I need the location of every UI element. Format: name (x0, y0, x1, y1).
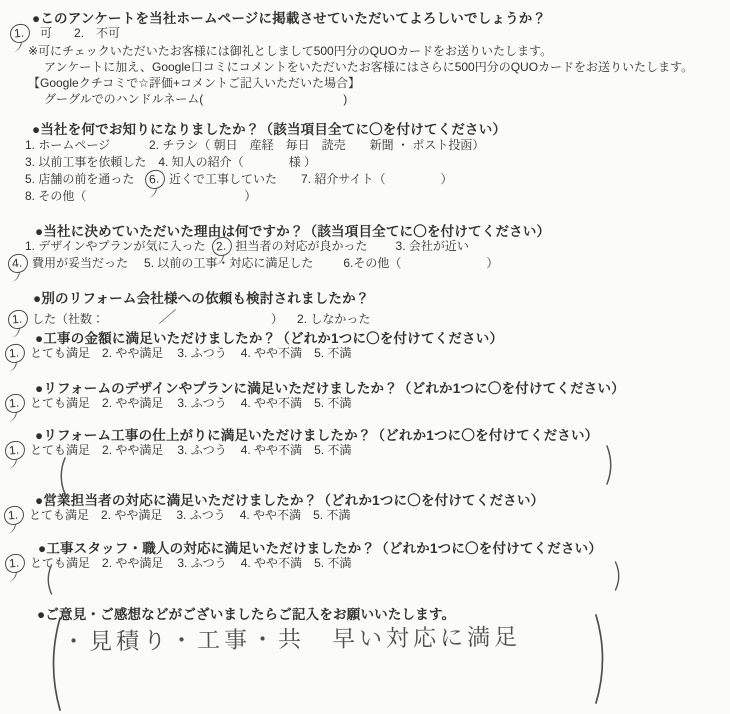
q4-option-1-number: 1. (11, 312, 22, 327)
q2-option-8-close-paren: ） (244, 187, 256, 204)
q2-option-7-close-paren: ） (441, 170, 453, 187)
q2-option-3: 3. 以前工事を依頼した (25, 153, 146, 170)
q9-option-3: 3. ふつう (177, 554, 226, 571)
q7-option-1-number: 1. (8, 443, 19, 458)
q2-option-8: 8. その他（ (25, 187, 86, 204)
q1-circle-mark: 1. (9, 23, 31, 44)
q3-option-3: 3. 会社が近い (396, 237, 469, 254)
q2-option-6: 近くで工事していた (169, 170, 277, 187)
q3-option-4: 費用が妥当だった (32, 254, 128, 271)
q9-option-1: とても満足 (30, 554, 90, 571)
q1-choice2-label: 2. 不可 (74, 24, 120, 41)
q8-option-4: 4. やや不満 (240, 506, 301, 523)
q3-option-1: 1. デザインやプランが気に入った (25, 237, 206, 254)
q1-choices-row: 1.可2. 不可 (10, 24, 120, 43)
q6-circle-mark: 1. (4, 393, 26, 414)
q2-option-6-number: 6. (148, 172, 159, 187)
q2-option-1: 1. ホームページ (25, 136, 137, 153)
q1-handle-row: グーグルでのハンドルネーム() (44, 90, 347, 107)
q9-option-2: 2. やや満足 (102, 554, 163, 571)
q9-open-paren-mark (42, 564, 53, 595)
q5-option-1: とても満足 (30, 344, 90, 361)
survey-sheet: ●このアンケートを当社ホームページに掲載させていただいてよろしいでしょうか？ 1… (0, 0, 730, 714)
q3-row-2: 4.費用が妥当だった5. 以前の工事・対応に満足した6.その他（） (8, 254, 498, 273)
q3-option-6-close-paren: ） (486, 254, 498, 271)
q3-option-2: 担当者の対応が良かった (236, 237, 368, 254)
q1-choice1-number: 1. (13, 26, 24, 41)
q4-option-1: した（社数： (32, 310, 104, 327)
q1-handle-close-paren: ) (343, 92, 347, 106)
q8-option-5: 5. 不満 (313, 506, 350, 523)
q5-options-row: 1.とても満足2. やや満足3. ふつう4. やや不満5. 不満 (5, 344, 351, 363)
q1-note-case: 【Googleクチコミで☆評価+コメントご記入いただいた場合】 (28, 74, 360, 91)
q10-open-paren-mark (45, 616, 62, 712)
q4-row: 1.した（社数：／）2. しなかった (8, 303, 370, 329)
q3-option-5: 5. 以前の工事・対応に満足した (144, 254, 313, 271)
q1-note-quo: ※可にチェックいただいたお客様には御礼としまして500円分のQUOカードをお送り… (28, 42, 552, 59)
q7-circle-mark: 1. (4, 440, 26, 461)
q7-option-4: 4. やや不満 (241, 441, 302, 458)
q2-option-2: 2. チラシ（ 朝日 産経 毎日 読売 新聞 ・ ポスト投函） (149, 136, 484, 153)
q2-row-1: 1. ホームページ2. チラシ（ 朝日 産経 毎日 読売 新聞 ・ ポスト投函） (25, 136, 484, 153)
q1-note-google: アンケートに加え、Google口コミにコメントをいただいたお客様にはさらに500… (44, 58, 693, 75)
q6-options-row: 1.とても満足2. やや満足3. ふつう4. やや不満5. 不満 (5, 394, 351, 413)
q6-option-1: とても満足 (30, 394, 90, 411)
q4-handwritten-company-count: ／ (158, 302, 177, 328)
q4-option-2: 2. しなかった (297, 310, 370, 327)
q2-row-4: 8. その他（） (25, 187, 256, 204)
q9-option-4: 4. やや不満 (241, 554, 302, 571)
q9-circle-mark: 1. (4, 553, 26, 574)
q7-close-paren-mark (605, 445, 617, 485)
q1-handle-label: グーグルでのハンドルネーム( (44, 90, 203, 107)
q3-option-6: 6.その他（ (343, 254, 401, 271)
q10-close-paren-mark (594, 613, 611, 705)
q6-option-5: 5. 不満 (314, 394, 351, 411)
q2-option-7: 7. 紹介サイト（ (301, 170, 386, 187)
q8-option-2: 2. やや満足 (101, 506, 162, 523)
q5-option-2: 2. やや満足 (102, 344, 163, 361)
q5-circle-mark: 1. (4, 343, 26, 364)
q2-row-2: 3. 以前工事を依頼した4. 知人の紹介（様 ） (25, 153, 316, 170)
q3-circle-mark-4: 4. (7, 253, 29, 274)
q5-option-5: 5. 不満 (314, 344, 351, 361)
q9-close-paren-mark (614, 561, 625, 591)
q3-option-2-number: 2. (215, 239, 226, 254)
q9-option-5: 5. 不満 (314, 554, 351, 571)
q9-options-row: 1.とても満足2. やや満足3. ふつう4. やや不満5. 不満 (5, 554, 351, 573)
q9-option-1-number: 1. (8, 556, 19, 571)
q10-handwritten-comment: ・見積り・工事・共 早い対応に満足 (62, 619, 521, 657)
q6-option-1-number: 1. (8, 396, 19, 411)
q8-option-1: とても満足 (29, 506, 89, 523)
q7-option-2: 2. やや満足 (102, 441, 163, 458)
q2-option-4-suffix: 様 ） (289, 153, 316, 170)
q6-option-2: 2. やや満足 (102, 394, 163, 411)
q8-option-3: 3. ふつう (176, 506, 225, 523)
q4-option-1-close-paren: ） (271, 310, 283, 327)
q8-options-row: 1.とても満足2. やや満足3. ふつう4. やや不満5. 不満 (4, 506, 350, 525)
q7-option-5: 5. 不満 (314, 441, 351, 458)
q1-choice1-label: 可 (40, 24, 52, 41)
q5-option-4: 4. やや不満 (241, 344, 302, 361)
q6-option-3: 3. ふつう (177, 394, 226, 411)
q2-option-5: 5. 店舗の前を通った (25, 170, 137, 187)
q5-option-1-number: 1. (8, 346, 19, 361)
q5-option-3: 3. ふつう (177, 344, 226, 361)
q2-option-4: 4. 知人の紹介（ (158, 153, 243, 170)
q7-option-3: 3. ふつう (177, 441, 226, 458)
q3-option-4-number: 4. (11, 256, 22, 271)
q7-option-1: とても満足 (30, 441, 90, 458)
q8-option-1-number: 1. (7, 508, 18, 523)
q8-circle-mark: 1. (3, 505, 25, 526)
q4-circle-mark: 1. (7, 309, 29, 330)
q6-option-4: 4. やや不満 (241, 394, 302, 411)
q2-title: ●当社を何でお知りになりましたか？（該当項目全てに〇を付けてください） (32, 118, 506, 138)
